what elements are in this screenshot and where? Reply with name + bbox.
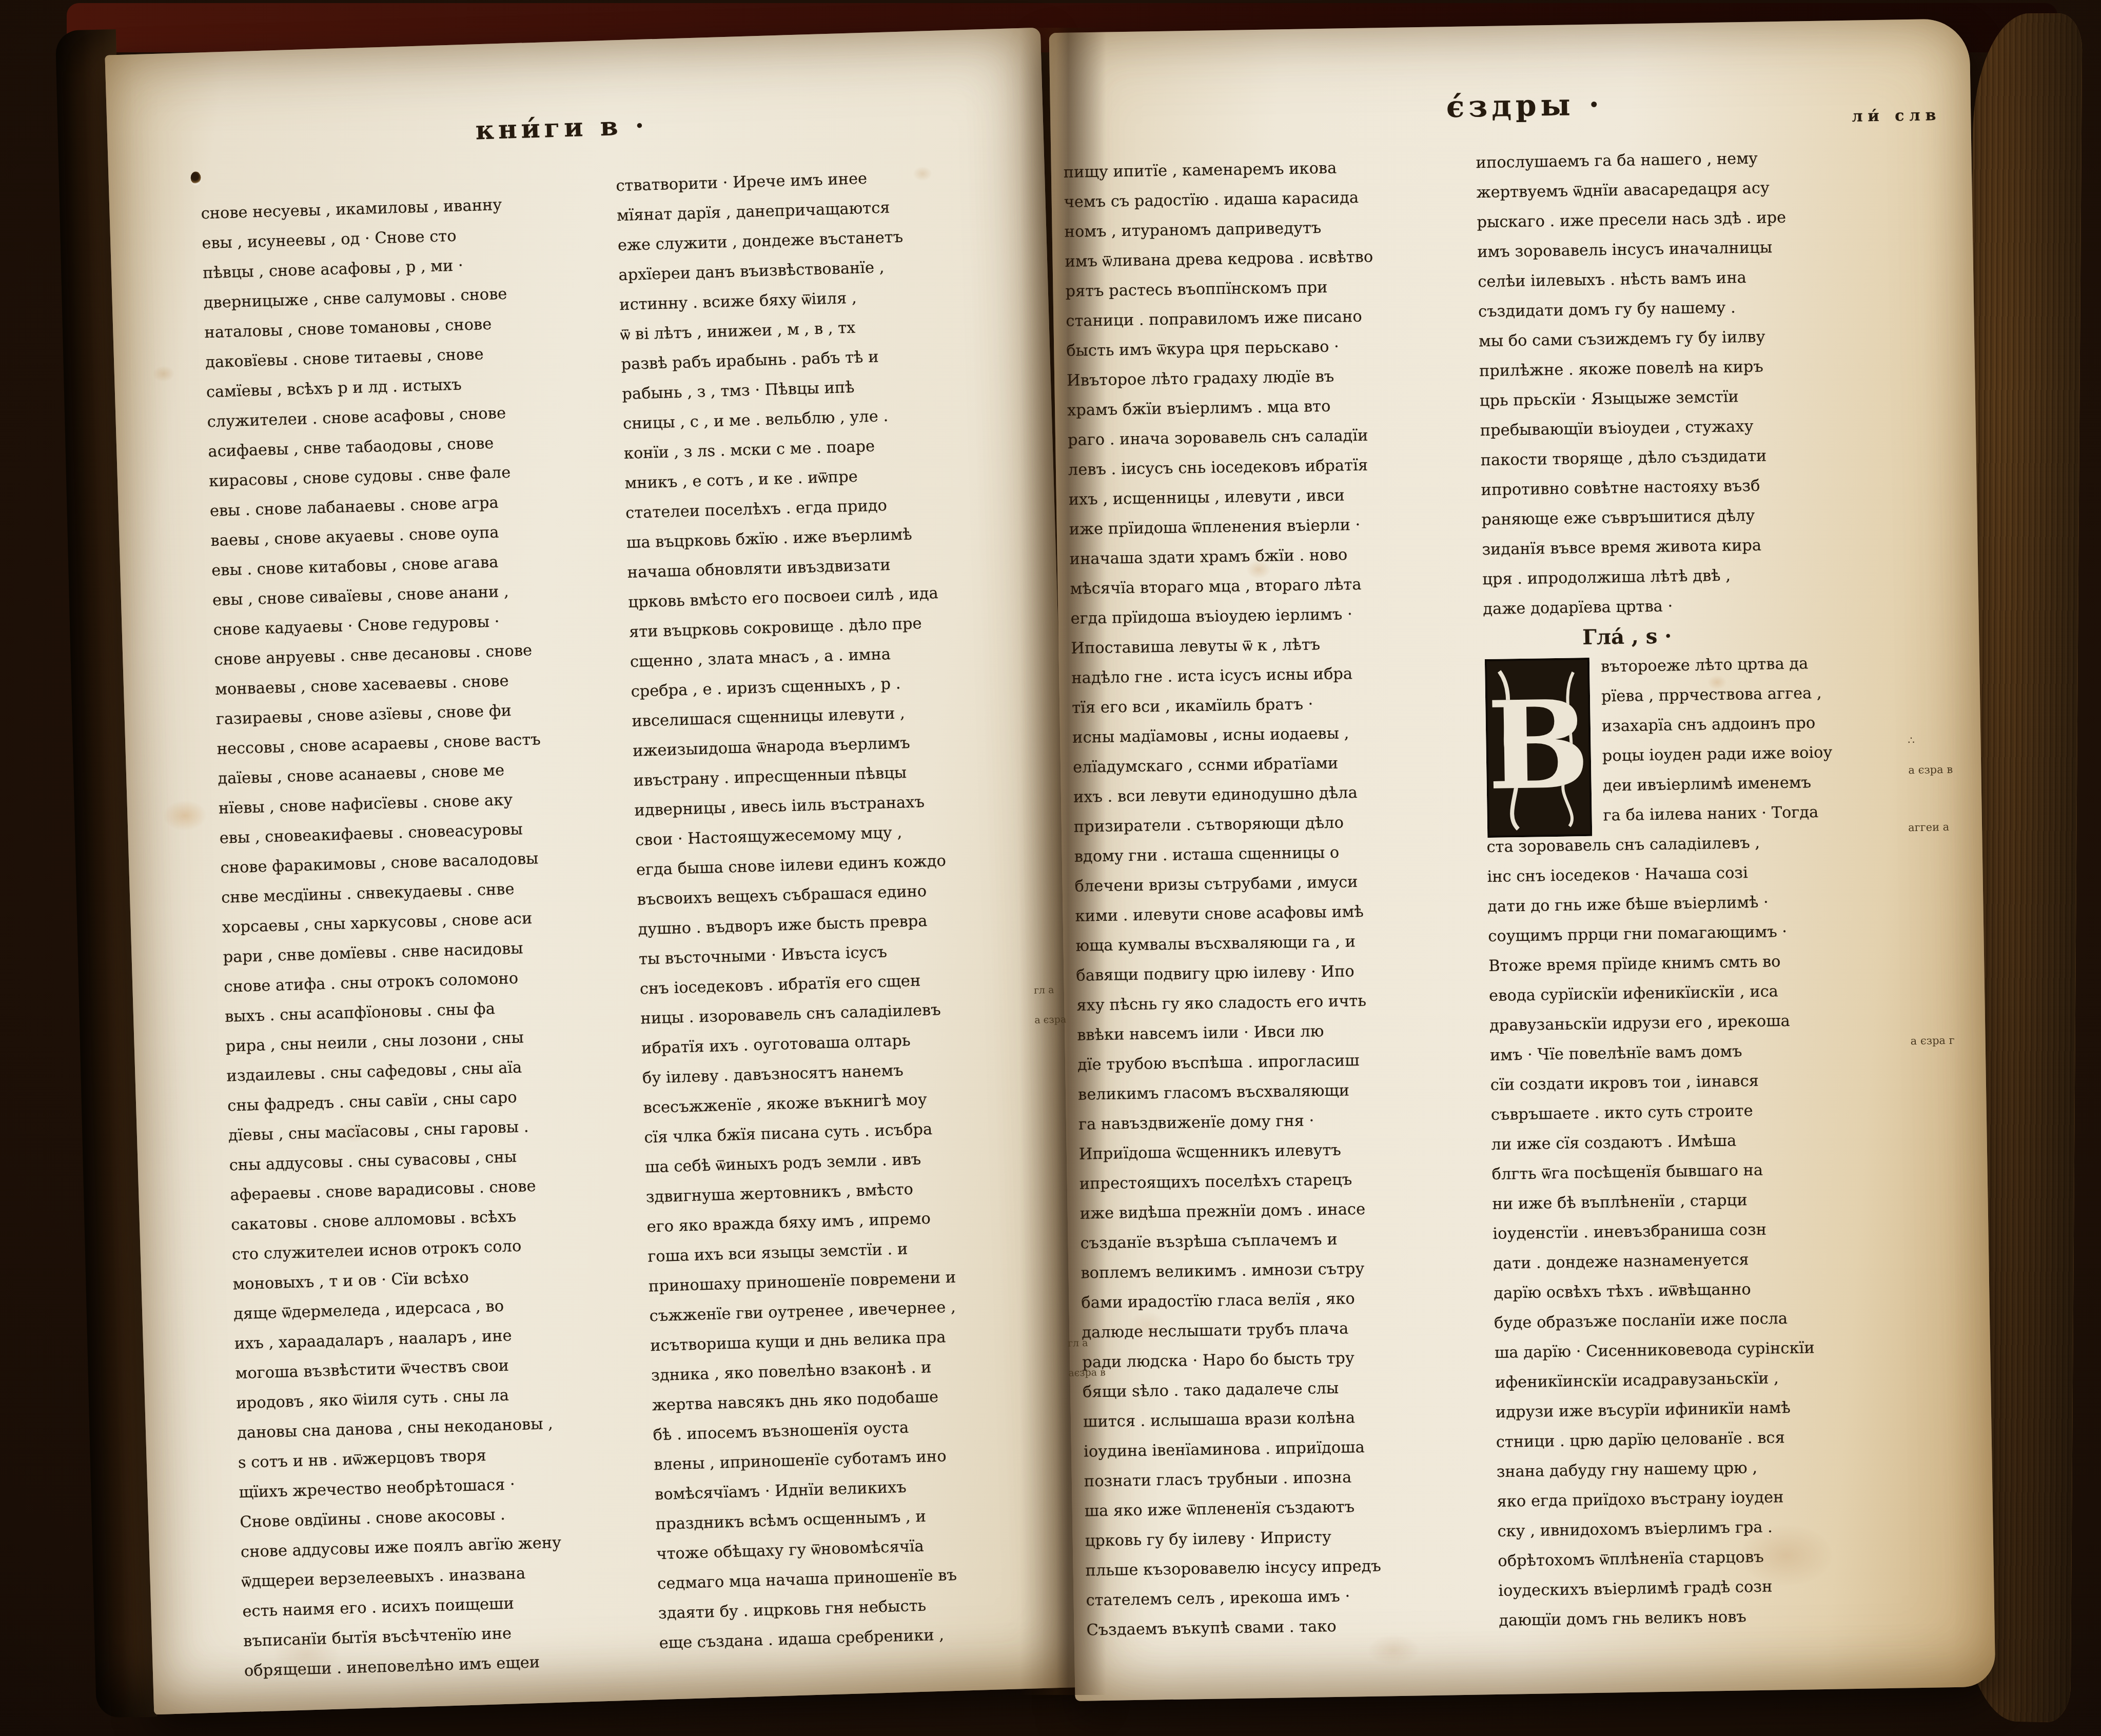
text-line: изахарїа снъ аддоинъ про: [1601, 707, 1911, 741]
text-line: даже додарїева цртва ·: [1483, 588, 1909, 624]
text-line: ∴: [1908, 733, 1953, 763]
text-line: а єзра г: [1910, 1034, 1955, 1064]
left-column-2: стватворити · Ирече имъ инеемїянат дарїя…: [616, 159, 1076, 1659]
left-page: кни́ги в · снове несуевы , икамиловы , и…: [105, 28, 1089, 1715]
text-line: дающїи домъ гнь великъ новъ: [1499, 1600, 1925, 1636]
folio-mark: ли́ слв: [1852, 106, 1941, 126]
text-line: а єзра в: [1908, 763, 1953, 793]
initial-paragraph: В вътороеже лѣто цртва дарїева , пррчест…: [1484, 647, 1912, 833]
text-line: деи ивъіерлимѣ именемъ: [1602, 766, 1912, 801]
text-line: аєзра в: [1068, 1366, 1106, 1397]
paragraph-before-chapter: ипослушаемъ га ба нашего , немужертвуемъ…: [1476, 142, 1909, 624]
text-line: га ба іилева наних · Тогда: [1603, 796, 1912, 831]
woodcut-initial-icon: В: [1485, 658, 1592, 838]
text-line: а єзра: [1034, 1013, 1067, 1043]
left-page-header: кни́ги в ·: [392, 108, 731, 148]
paragraph-after-initial: ста зоровавель снъ саладіилевъ ,інс снъ …: [1486, 826, 1925, 1636]
left-column-1: снове несуевы , икамиловы , иваннуевы , …: [201, 187, 658, 1686]
text-line: вътороеже лѣто цртва да: [1601, 647, 1910, 682]
margin-note-2: аггеи а: [1908, 820, 1950, 851]
gutter-note-left: гл аа єзра: [1034, 983, 1067, 1043]
chapter-heading: Гла́ , ѕ ·: [1483, 620, 1771, 654]
right-page-header: є́здры ·: [1446, 87, 1603, 124]
paper-hole: [190, 171, 201, 184]
text-line: аггеи а: [1908, 820, 1950, 851]
text-line: рїева , пррчествова аггеа ,: [1601, 677, 1911, 712]
text-line: гл а: [1068, 1336, 1106, 1367]
gutter-note-right: гл ааєзра в: [1068, 1336, 1106, 1396]
text-line: гл а: [1034, 983, 1066, 1014]
book-photo: { "book": { "left_page": { "header": "кн…: [0, 0, 2101, 1736]
text-line: Създаемъ въкупѣ свами . тако: [1086, 1609, 1498, 1646]
margin-note-1: ∴а єзра в: [1908, 733, 1953, 793]
margin-note-3: а єзра г: [1910, 1034, 1955, 1064]
text-line: роцы іоуден ради иже воіоу: [1602, 737, 1911, 771]
right-column-2: ипослушаемъ га ба нашего , немужертвуемъ…: [1476, 142, 1925, 1636]
right-column-1: пищу ипитїе , каменаремъ иковачемъ съ ра…: [1063, 151, 1498, 1645]
right-page: є́здры · ли́ слв пищу ипитїе , каменарем…: [1049, 18, 1996, 1701]
initial-letter: В: [1486, 673, 1591, 817]
